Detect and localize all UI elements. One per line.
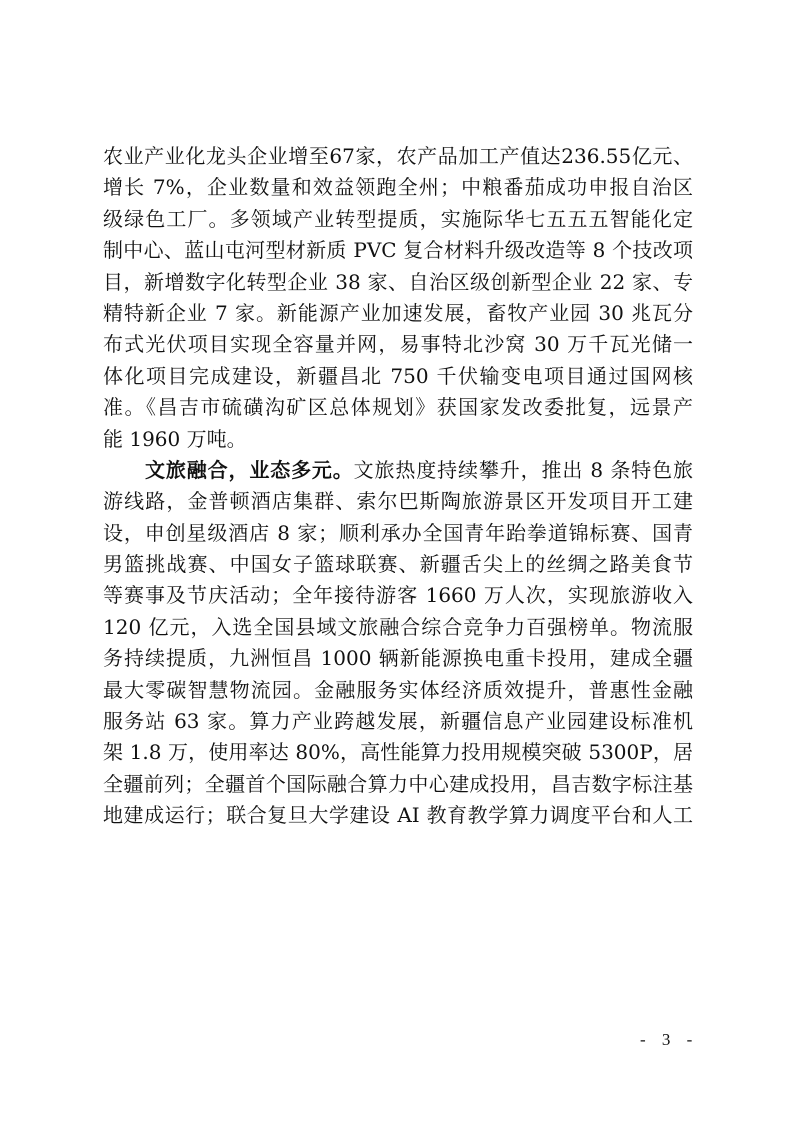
text-line: 布式光伏项目实现全容量并网，易事特北沙窝 30 万千瓦光储一 [103,329,693,360]
text-line: 120 亿元，入选全国县域文旅融合综合竞争力百强榜单。物流服 [103,612,693,643]
text-line: 架 1.8 万，使用率达 80%，高性能算力投用规模突破 5300P，居 [103,737,693,768]
text-line: 增长 7%，企业数量和效益领跑全州；中粮番茄成功申报自治区 [103,172,693,203]
text-line: 男篮挑战赛、中国女子篮球联赛、新疆舌尖上的丝绸之路美食节 [103,549,693,580]
section-heading: 文旅融合，业态多元。 [145,458,354,482]
text-line: 务持续提质，九洲恒昌 1000 辆新能源换电重卡投用，建成全疆 [103,643,693,674]
text-line: 服务站 63 家。算力产业跨越发展，新疆信息产业园建设标准机 [103,706,693,737]
text-line: 全疆前列；全疆首个国际融合算力中心建成投用，昌吉数字标注基 [103,769,693,800]
text-line: 地建成运行；联合复旦大学建设 AI 教育教学算力调度平台和人工 [103,800,693,831]
text-line: 游线路，金普顿酒店集群、索尔巴斯陶旅游景区开发项目开工建 [103,486,693,517]
text-line: 农业产业化龙头企业增至67家，农产品加工产值达236.55亿元、 [103,141,693,172]
text-line: 能 1960 万吨。 [103,424,693,455]
text-line: 准。《昌吉市硫磺沟矿区总体规划》获国家发改委批复，远景产 [103,392,693,423]
text-line: 级绿色工厂。多领域产业转型提质，实施际华七五五五智能化定 [103,204,693,235]
text-line: 精特新企业 7 家。新能源产业加速发展，畜牧产业园 30 兆瓦分 [103,298,693,329]
text-line: 最大零碳智慧物流园。金融服务实体经济质效提升，普惠性金融 [103,675,693,706]
page-number: - 3 - [640,1030,698,1050]
document-page: 农业产业化龙头企业增至67家，农产品加工产值达236.55亿元、 增长 7%，企… [0,0,793,1122]
text-line: 目，新增数字化转型企业 38 家、自治区级创新型企业 22 家、专 [103,267,693,298]
text-span: 文旅热度持续攀升，推出 8 条特色旅 [354,458,693,482]
text-line: 体化项目完成建设，新疆昌北 750 千伏输变电项目通过国网核 [103,361,693,392]
body-text: 农业产业化龙头企业增至67家，农产品加工产值达236.55亿元、 增长 7%，企… [103,141,693,832]
text-line: 制中心、蓝山屯河型材新质 PVC 复合材料升级改造等 8 个技改项 [103,235,693,266]
paragraph-first-line: 文旅融合，业态多元。文旅热度持续攀升，推出 8 条特色旅 [103,455,693,486]
text-line: 设，申创星级酒店 8 家；顺利承办全国青年跆拳道锦标赛、国青 [103,518,693,549]
text-line: 等赛事及节庆活动；全年接待游客 1660 万人次，实现旅游收入 [103,580,693,611]
